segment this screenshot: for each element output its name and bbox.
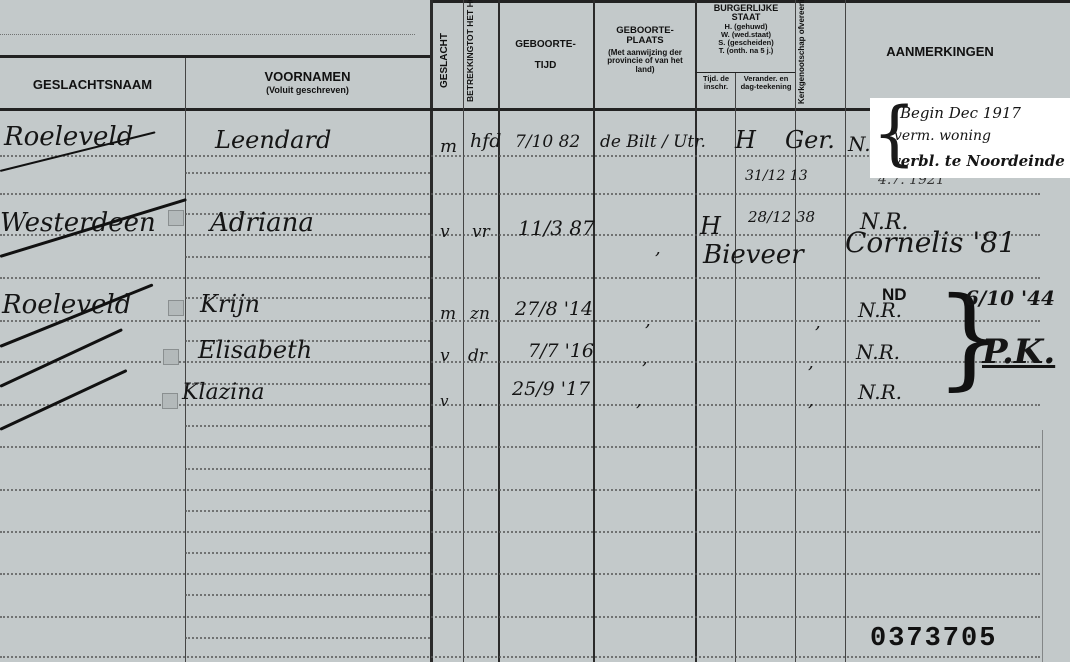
row2-birth-date: 11/3 87 [518, 216, 595, 240]
row3-sex: m [440, 304, 456, 324]
row4-church: , [808, 352, 814, 373]
row5-remarks: N.R. [858, 380, 902, 404]
row5-relation: . [478, 392, 483, 410]
row2-civil-status: H [700, 212, 721, 240]
row1-first-names: Leendard [215, 126, 331, 154]
header-voornamen: VOORNAMEN (Voluit geschreven) [185, 70, 430, 95]
archive-number: 0373705 [870, 624, 997, 654]
row4-birth-date: 7/7 '16 [528, 340, 594, 362]
header-geboorteplaats-sub: (Met aanwijzing der provincie of van het… [596, 49, 694, 74]
header-bs-tijd: Tijd. de inschr. [697, 75, 735, 91]
col-line-aanmerkingen [845, 0, 846, 662]
row2-birth-place: , [655, 238, 661, 259]
header-geboortetijd-l2: TIJD [498, 61, 593, 72]
row1-birth-place: de Bilt / Utr. [600, 132, 706, 152]
header-voornamen-sub: (Voluit geschreven) [185, 86, 430, 95]
row3-church: , [815, 312, 821, 333]
row3-stamp [168, 300, 184, 316]
col-line-geboorteplaats [593, 0, 595, 662]
header-geboorteplaats: GEBOORTE- PLAATS (Met aanwijzing der pro… [596, 26, 694, 74]
header-kerkgenootschap: Kerkgenootschap of vereeniging met godsd… [798, 4, 806, 104]
header-geboortetijd: GEBOORTE- TIJD [498, 40, 593, 71]
header-aanmerkingen: AANMERKINGEN [845, 45, 1035, 59]
header-geboortetijd-l1: GEBOORTE- [498, 40, 593, 51]
row2-relation: vr [472, 222, 490, 242]
col-line-kerk [795, 0, 796, 662]
col-line-voornamen [185, 58, 186, 662]
row1-civil-change: 31/12 13 [745, 168, 808, 184]
header-betrekking: BETREKKING TOT HET HOOFD VAN HET GEZIN [466, 6, 475, 102]
row2-first-names: Adriana [210, 208, 314, 238]
row1-birth-date: 7/10 82 [515, 132, 580, 152]
col-line-burgerlijke-staat [695, 0, 697, 662]
row3-first-names: Krijn [200, 290, 260, 318]
row4-first-names: Elisabeth [198, 336, 312, 364]
pasted-note-line1: Begin Dec 1917 [900, 104, 1021, 122]
header-voornamen-title: VOORNAMEN [185, 70, 430, 84]
spouse-father-name: Bieveer [703, 240, 804, 270]
header-bs-t: T. (onth. na 5 j.) [697, 47, 795, 55]
header-betrekking-l2: TOT HET HOOFD [466, 0, 475, 46]
header-geslacht: GESLACHT [440, 20, 450, 102]
children-brace-date: 6/10 '44 [965, 286, 1055, 310]
row1-remarks: N. [848, 132, 871, 156]
row4-relation: dr [468, 346, 487, 366]
row5-birth-date: 25/9 '17 [512, 378, 590, 400]
row4-birth-place: , [642, 348, 648, 369]
col-line-betrekking [463, 0, 464, 662]
row4-stamp [163, 349, 179, 365]
row5-birth-place: , [636, 390, 642, 411]
right-edge-line [1042, 430, 1043, 662]
row3-birth-date: 27/8 '14 [515, 298, 593, 320]
top-margin-rule [0, 55, 432, 58]
header-kerk-l2: vereeniging met [798, 0, 806, 27]
row3-surname: Roeleveld [2, 290, 131, 320]
pasted-note-line3: verbl. te Noordeinde [892, 152, 1065, 170]
pasted-note-line2: verm. woning [894, 128, 991, 144]
header-betrekking-l1: BETREKKING [466, 46, 475, 102]
header-burgerlijke-staat: BURGERLIJKE STAAT H. (gehuwd) W. (wed.st… [697, 4, 795, 54]
row5-sex: v [440, 392, 448, 410]
header-left-border [430, 0, 433, 662]
pasted-note: { Begin Dec 1917 verm. woning verbl. te … [870, 98, 1070, 178]
spouse-father-first-name: Cornelis '81 [845, 226, 1016, 259]
row3-birth-place: , [645, 310, 651, 331]
row2-stamp [168, 210, 184, 226]
col-line-geboortetijd [498, 0, 500, 662]
children-brace-initials: P.K. [982, 332, 1055, 372]
row1-surname: Roeleveld [4, 122, 133, 152]
nd-stamp: ND [882, 285, 907, 305]
row3-relation: zn [470, 304, 490, 324]
row4-remarks: N.R. [856, 340, 900, 364]
top-dotted-rule [0, 34, 415, 35]
row1-relation: hfd [470, 130, 501, 152]
header-geboorteplaats-l2: PLAATS [596, 36, 694, 46]
row5-church: , [808, 390, 814, 411]
row1-church: Ger. [785, 126, 835, 154]
row1-civil-status: H [735, 126, 756, 154]
row4-sex: v [440, 346, 450, 366]
row5-stamp [162, 393, 178, 409]
row1-sex: m [440, 136, 457, 157]
header-bs-verander: Verander. en dag-teekening [737, 75, 795, 91]
header-kerk-l1: Kerkgenootschap of [798, 27, 806, 104]
row2-sex: v [440, 222, 450, 242]
row5-first-names: Klazina [182, 380, 265, 405]
header-geslachtsnaam: GESLACHTSNAAM [0, 78, 185, 92]
bs-sub-rule [695, 72, 795, 73]
row2-civil-change: 28/12 38 [748, 208, 815, 226]
